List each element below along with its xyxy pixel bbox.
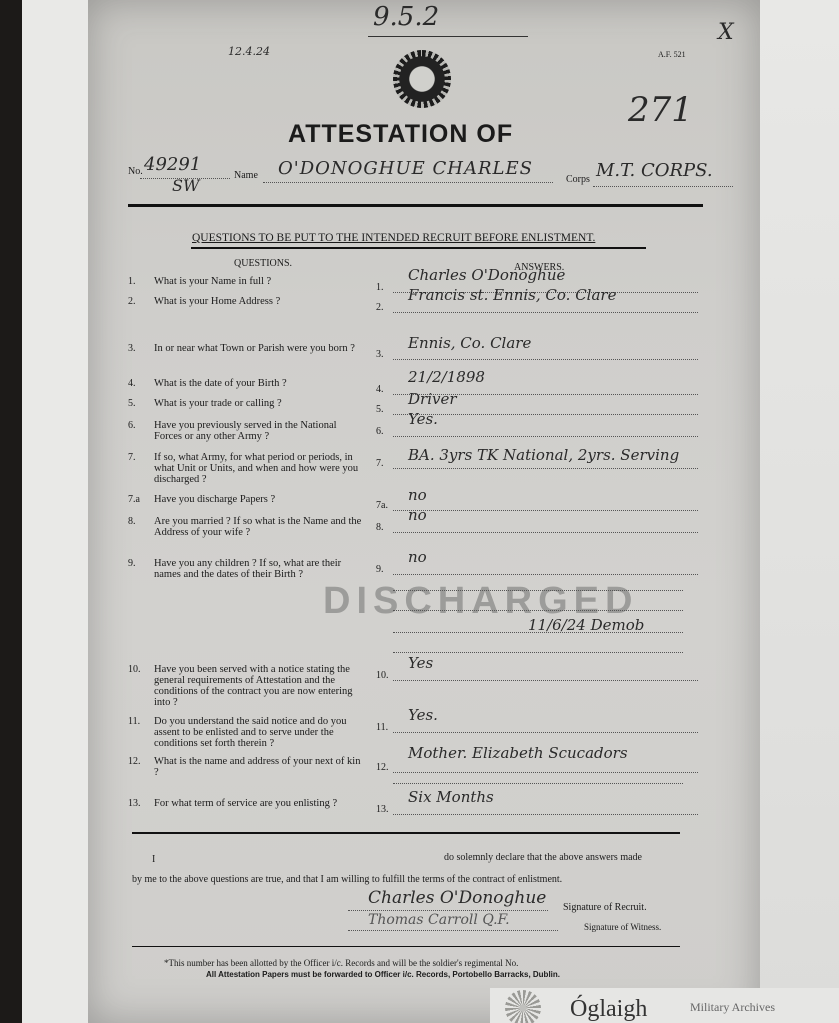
answer-number: 7a.: [376, 500, 388, 511]
answer-number: 3.: [376, 349, 384, 360]
question-number: 2.: [128, 296, 136, 307]
question-number: 9.: [128, 558, 136, 569]
answer-value: no: [408, 548, 427, 566]
question-number: 3.: [128, 343, 136, 354]
question-text: What is your trade or calling ?: [154, 398, 366, 409]
questions-header: QUESTIONS.: [234, 258, 292, 269]
question-number: 13.: [128, 798, 141, 809]
answer-value: BA. 3yrs TK National, 2yrs. Serving: [408, 446, 679, 464]
answer-value: Ennis, Co. Clare: [408, 334, 531, 352]
recruit-signature: Charles O'Donoghue: [368, 888, 546, 908]
photo-dark-edge: [0, 0, 22, 1023]
answer-number: 5.: [376, 404, 384, 415]
name-label: Name: [234, 170, 258, 181]
question-number: 4.: [128, 378, 136, 389]
question-number: 1.: [128, 276, 136, 287]
question-text: In or near what Town or Parish were you …: [154, 343, 366, 354]
section-heading: QUESTIONS TO BE PUT TO THE INTENDED RECR…: [192, 232, 595, 244]
name-value: O'DONOGHUE CHARLES: [278, 158, 533, 179]
question-text: If so, what Army, for what period or per…: [154, 452, 366, 485]
answer-number: 8.: [376, 522, 384, 533]
top-note-underline: [368, 36, 528, 37]
archives-crest-icon: [505, 990, 541, 1023]
no-value: 49291: [144, 154, 201, 175]
answer-number: 10.: [376, 670, 389, 681]
no-label: No.: [128, 166, 143, 177]
declaration-line2: by me to the above questions are true, a…: [132, 874, 562, 885]
witness-signature: Thomas Carroll Q.F.: [368, 912, 510, 928]
answer-value: no: [408, 506, 427, 524]
corps-value: M.T. CORPS.: [596, 160, 713, 181]
page-number: 271: [628, 90, 693, 130]
corner-mark: X: [718, 20, 734, 45]
form-code: A.F. 521: [658, 50, 686, 59]
answer-value: Charles O'Donoghue: [408, 266, 565, 284]
answer-value: Yes.: [408, 410, 438, 428]
question-text: Are you married ? If so what is the Name…: [154, 516, 366, 538]
question-number: 10.: [128, 664, 141, 675]
answer-number: 7.: [376, 458, 384, 469]
question-number: 7.a: [128, 494, 140, 505]
question-text: Have you previously served in the Nation…: [154, 420, 366, 442]
answer-number: 2.: [376, 302, 384, 313]
header-rule: [128, 204, 703, 207]
top-handwritten-note: 9.5.2: [373, 2, 439, 32]
military-archives-watermark: Óglaigh Military Archives: [490, 988, 839, 1023]
answer-value: Francis st. Ennis, Co. Clare: [408, 286, 616, 304]
corps-label: Corps: [566, 174, 590, 185]
answer-value: Mother. Elizabeth Scucadors: [408, 744, 628, 762]
question-text: Do you understand the said notice and do…: [154, 716, 366, 749]
answer-number: 1.: [376, 282, 384, 293]
declaration-rule: [132, 832, 680, 834]
answer-value: 21/2/1898: [408, 368, 485, 386]
answer-value: no: [408, 486, 427, 504]
attestation-form: 9.5.2 12.4.24 X A.F. 521 271 ATTESTATION…: [88, 0, 760, 1023]
question-number: 12.: [128, 756, 141, 767]
question-text: Have you discharge Papers ?: [154, 494, 366, 505]
answer-value: Yes.: [408, 706, 438, 724]
declaration-line1: do solemnly declare that the above answe…: [444, 852, 642, 863]
document-title: ATTESTATION OF: [288, 120, 513, 149]
question-number: 7.: [128, 452, 136, 463]
question-text: What is the name and address of your nex…: [154, 756, 366, 778]
answer-value: Yes: [408, 654, 433, 672]
question-number: 5.: [128, 398, 136, 409]
footer-note-2: All Attestation Papers must be forwarded…: [206, 970, 560, 979]
question-text: Have you been served with a notice stati…: [154, 664, 366, 708]
question-text: For what term of service are you enlisti…: [154, 798, 366, 809]
answer-number: 11.: [376, 722, 388, 733]
archives-label: Military Archives: [690, 1000, 775, 1015]
question-number: 11.: [128, 716, 140, 727]
answer-value: Six Months: [408, 788, 494, 806]
answer-number: 9.: [376, 564, 384, 575]
question-text: What is your Name in full ?: [154, 276, 366, 287]
oglaigh-logo-text: Óglaigh: [570, 996, 647, 1023]
answer-number: 12.: [376, 762, 389, 773]
answer-value: Driver: [408, 390, 457, 408]
date-note: 12.4.24: [228, 45, 270, 58]
question-text: What is your Home Address ?: [154, 296, 366, 307]
army-crest-icon: [393, 50, 451, 108]
question-number: 8.: [128, 516, 136, 527]
footer-note-1: *This number has been allotted by the Of…: [164, 958, 518, 968]
photo-background-right: [760, 0, 839, 1023]
question-text: What is the date of your Birth ?: [154, 378, 366, 389]
recruit-signature-label: Signature of Recruit.: [563, 902, 647, 913]
answer-number: 4.: [376, 384, 384, 395]
photo-background-left: [22, 0, 88, 1023]
question-text: Have you any children ? If so, what are …: [154, 558, 366, 580]
declaration-i: I: [152, 854, 155, 865]
answer-number: 13.: [376, 804, 389, 815]
witness-signature-label: Signature of Witness.: [584, 922, 661, 932]
answer-number: 6.: [376, 426, 384, 437]
question-number: 6.: [128, 420, 136, 431]
